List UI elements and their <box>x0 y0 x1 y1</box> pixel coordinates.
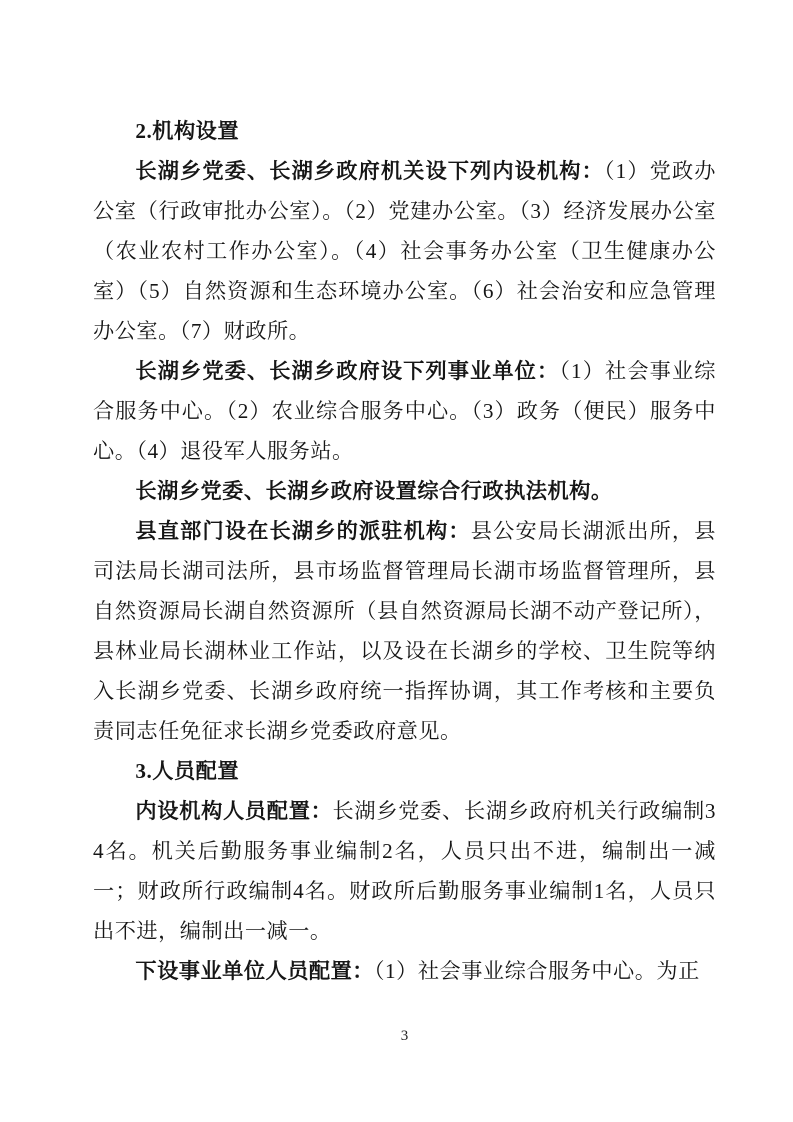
heading-text: 3.人员配置 <box>135 759 239 783</box>
section-heading-org-setup: 2.机构设置 <box>93 111 716 151</box>
paragraph-law-enforcement: 长湖乡党委、长湖乡政府设置综合行政执法机构。 <box>93 471 716 511</box>
paragraph-lead: 长湖乡党委、长湖乡政府设下列事业单位： <box>135 359 559 383</box>
paragraph-lead: 县直部门设在长湖乡的派驻机构： <box>135 519 470 543</box>
page-number: 3 <box>93 1026 716 1046</box>
paragraph-lead: 内设机构人员配置： <box>135 799 332 823</box>
paragraph-text: （1）社会事业综合服务中心。为正 <box>374 959 700 983</box>
document-body: 2.机构设置 长湖乡党委、长湖乡政府机关设下列内设机构：（1）党政办公室（行政审… <box>93 111 716 991</box>
heading-text: 2.机构设置 <box>135 119 239 143</box>
paragraph-public-institutions: 长湖乡党委、长湖乡政府设下列事业单位：（1）社会事业综合服务中心。（2）农业综合… <box>93 351 716 471</box>
document-page: 2.机构设置 长湖乡党委、长湖乡政府机关设下列内设机构：（1）党政办公室（行政审… <box>0 0 793 1122</box>
paragraph-subordinate-staffing: 下设事业单位人员配置：（1）社会事业综合服务中心。为正 <box>93 951 716 991</box>
paragraph-lead: 长湖乡党委、长湖乡政府机关设下列内设机构： <box>135 159 604 183</box>
paragraph-dispatched-agencies: 县直部门设在长湖乡的派驻机构：县公安局长湖派出所，县司法局长湖司法所，县市场监督… <box>93 511 716 751</box>
paragraph-text: 县公安局长湖派出所，县司法局长湖司法所，县市场监督管理局长湖市场监督管理所，县自… <box>93 519 716 743</box>
paragraph-text: （1）党政办公室（行政审批办公室）。（2）党建办公室。（3）经济发展办公室（农业… <box>93 159 716 343</box>
paragraph-lead: 下设事业单位人员配置： <box>135 959 374 983</box>
paragraph-internal-staffing: 内设机构人员配置：长湖乡党委、长湖乡政府机关行政编制34名。机关后勤服务事业编制… <box>93 791 716 951</box>
paragraph-internal-organs: 长湖乡党委、长湖乡政府机关设下列内设机构：（1）党政办公室（行政审批办公室）。（… <box>93 151 716 351</box>
paragraph-lead: 长湖乡党委、长湖乡政府设置综合行政执法机构。 <box>135 479 612 503</box>
section-heading-staffing: 3.人员配置 <box>93 751 716 791</box>
